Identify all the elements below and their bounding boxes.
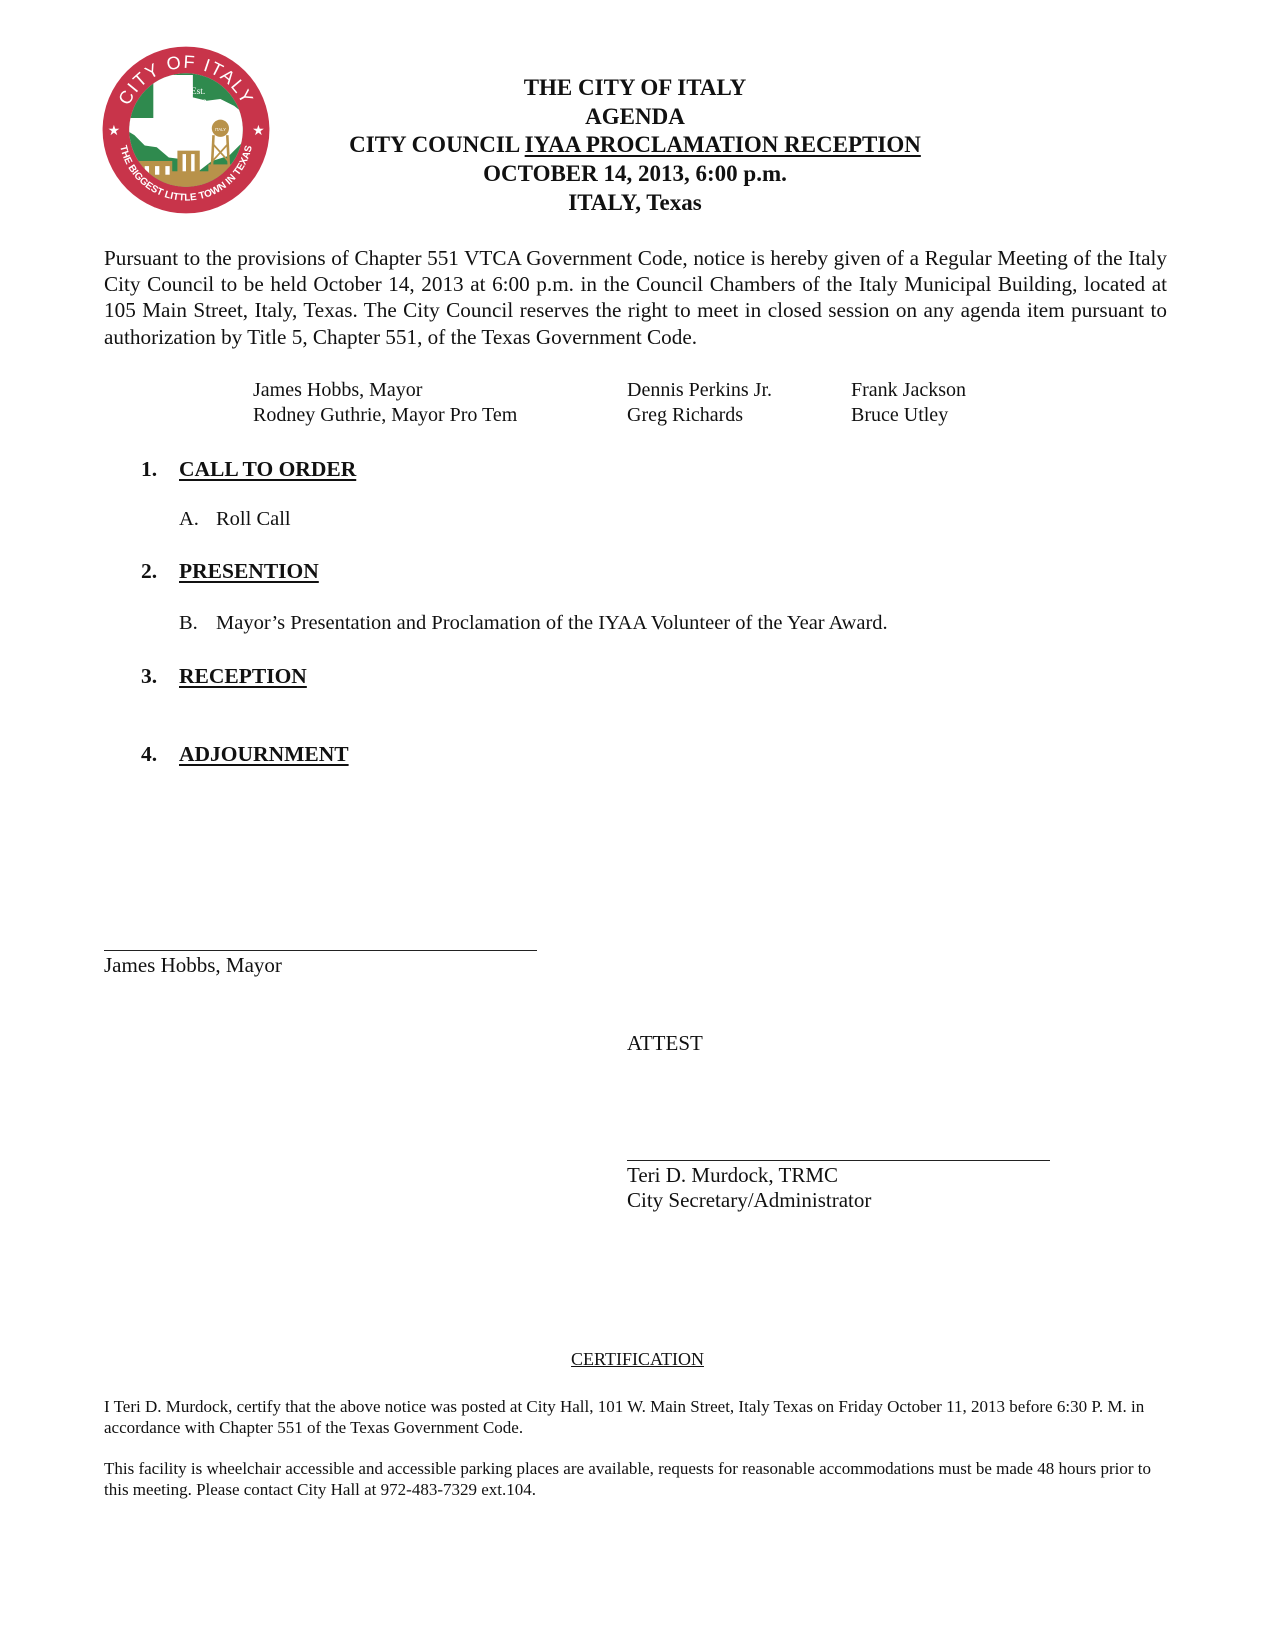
agenda-header: THE CITY OF ITALY AGENDA CITY COUNCIL IY… xyxy=(300,74,970,218)
accessibility-notice: This facility is wheelchair accessible a… xyxy=(104,1458,1179,1500)
mayor-signature-name: James Hobbs, Mayor xyxy=(104,953,282,978)
attest-label: ATTEST xyxy=(627,1031,703,1056)
header-location: ITALY, Texas xyxy=(300,189,970,218)
city-seal-logo: ITALY Est. 1879 CITY OF ITALY THE BIGGES… xyxy=(100,44,272,216)
council-member: Greg Richards xyxy=(627,403,772,428)
notice-paragraph: Pursuant to the provisions of Chapter 55… xyxy=(104,245,1167,350)
certification-heading: CERTIFICATION xyxy=(0,1349,1275,1370)
svg-text:ITALY: ITALY xyxy=(215,127,226,132)
council-column-2: Dennis Perkins Jr. Greg Richards xyxy=(627,378,772,427)
council-column-1: James Hobbs, Mayor Rodney Guthrie, Mayor… xyxy=(253,378,517,427)
secretary-name: Teri D. Murdock, TRMC xyxy=(627,1163,838,1188)
header-event-name: IYAA PROCLAMATION RECEPTION xyxy=(525,132,921,157)
city-seal-icon: ITALY Est. 1879 CITY OF ITALY THE BIGGES… xyxy=(100,44,272,216)
secretary-signature-line xyxy=(627,1160,1050,1161)
svg-text:★: ★ xyxy=(108,123,120,138)
secretary-title: City Secretary/Administrator xyxy=(627,1188,871,1213)
council-member: James Hobbs, Mayor xyxy=(253,378,517,403)
svg-text:★: ★ xyxy=(252,123,264,138)
header-date: OCTOBER 14, 2013, 6:00 p.m. xyxy=(300,160,970,189)
certification-statement: I Teri D. Murdock, certify that the abov… xyxy=(104,1396,1179,1438)
council-member: Frank Jackson xyxy=(851,378,966,403)
header-agenda: AGENDA xyxy=(300,103,970,132)
header-city: THE CITY OF ITALY xyxy=(300,74,970,103)
header-meeting-type: CITY COUNCIL IYAA PROCLAMATION RECEPTION xyxy=(300,131,970,160)
mayor-signature-line xyxy=(104,950,537,951)
council-member: Dennis Perkins Jr. xyxy=(627,378,772,403)
council-member: Rodney Guthrie, Mayor Pro Tem xyxy=(253,403,517,428)
svg-text:Est.: Est. xyxy=(191,87,205,97)
council-member: Bruce Utley xyxy=(851,403,966,428)
svg-text:1879: 1879 xyxy=(189,97,206,107)
council-column-3: Frank Jackson Bruce Utley xyxy=(851,378,966,427)
